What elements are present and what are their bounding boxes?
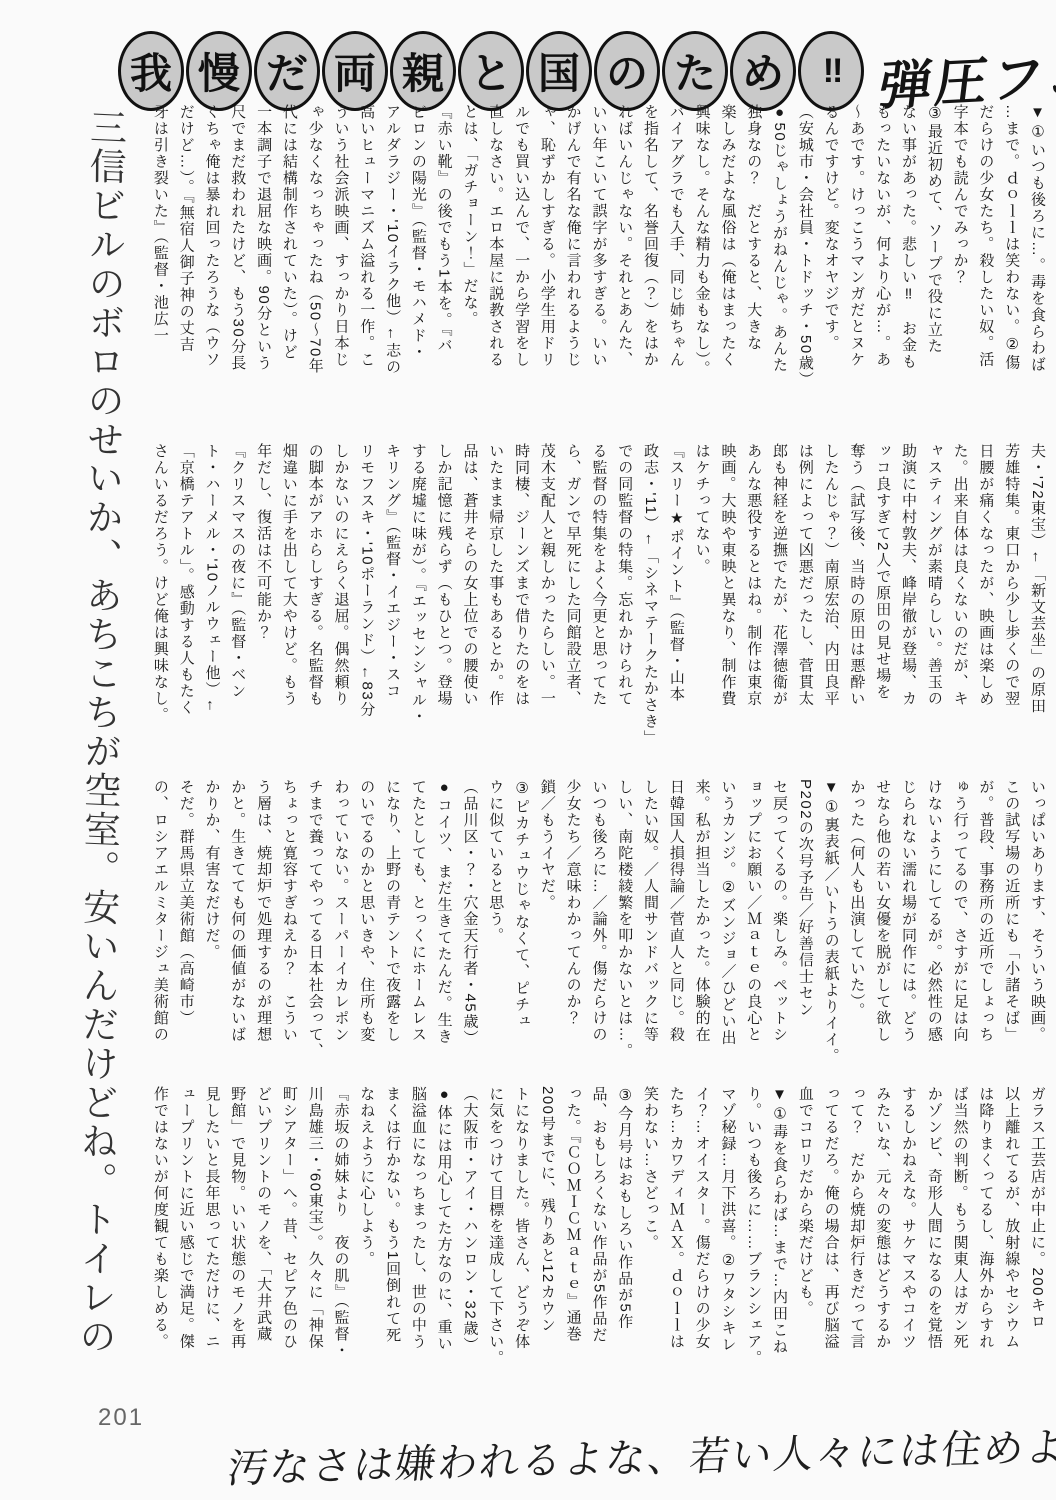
text-column: 見したいと長年思ってただけに、ニ: [199, 1086, 225, 1434]
headline-badge: た: [662, 31, 728, 111]
headline-badge: と: [458, 31, 524, 111]
text-band-2: 夫・'72東宝）←「新文芸坐」の原田芳雄特集。東口から少し歩くので翌日腰が痛くな…: [147, 443, 1050, 779]
text-column: 『赤い靴』の後でもう1本を。『バ: [431, 104, 457, 438]
text-column: かと。生きてても何の価値がないば: [225, 779, 251, 1084]
text-column: 時同棲、ジーンズまで借りたのをは: [508, 443, 534, 779]
headline-badge: ‼: [798, 31, 864, 111]
text-column: もったいないが、何より心が…。あ: [869, 104, 895, 438]
text-column: る監督の特集をよく今更と思ってた: [586, 443, 612, 779]
text-column: アルダラジー・'10イラク他）←志の: [379, 104, 405, 438]
text-column: とは、「ガチョーン！」だな。: [457, 104, 483, 438]
text-column: ③ピカチュウじゃなくて、ピチュ: [508, 779, 534, 1084]
headline-badge: 両: [322, 31, 388, 111]
text-column: 少女たち／意味わかってんのか？: [560, 779, 586, 1084]
text-column: イ？…オイスター。傷だらけの少女: [689, 1086, 715, 1434]
text-column: するしかねえな。サケマスやコイツ: [895, 1086, 921, 1434]
text-column: まくは行かない。もう1回倒れて死: [379, 1086, 405, 1434]
text-column: ウに似ていると思う。: [482, 779, 508, 1084]
text-column: 政志・'11）←「シネマテークたかさき」: [637, 443, 663, 779]
text-column: いうカンジ。②ズンジョ／ひどい出: [715, 779, 741, 1084]
page-headline: 我慢だ両親と国のため‼ 弾圧フンサイ!!!: [118, 32, 1048, 110]
text-column: キリング』（監督・イエジー・スコ: [379, 443, 405, 779]
text-column: 直しなさい。エロ本屋に説教される: [482, 104, 508, 438]
text-column: しい、南陀楼綾繁を叩かないとは…。: [611, 779, 637, 1084]
headline-badge: 親: [390, 31, 456, 111]
text-column: てたとしても、とっくにホームレス: [405, 779, 431, 1084]
headline-badge: 国: [526, 31, 592, 111]
text-column: の、ロシアエルミタージュ美術館の: [147, 779, 173, 1084]
text-column: 日腰が痛くなったが、映画は楽しめ: [973, 443, 999, 779]
text-column: 野館」で見物。いい状態のモノを再: [225, 1086, 251, 1434]
text-column: 町シアター」へ。昔、セピア色のひ: [276, 1086, 302, 1434]
text-column: ュープリントに近い感じで満足。傑: [173, 1086, 199, 1434]
text-column: 『スリー★ポイント』（監督・山本: [663, 443, 689, 779]
text-column: ▼①いつも後ろに…。毒を食らわば: [1024, 104, 1050, 438]
text-column: する廃墟に味が）。『エッセンシャル・: [405, 443, 431, 779]
text-column: 品は、蒼井そらの女上位での腰使い: [457, 443, 483, 779]
text-column: のいでるのかと思いきや、住所も変: [353, 779, 379, 1084]
text-column: ●コイツ、まだ生きてたんだ。生き: [431, 779, 457, 1084]
text-column: 作ではないが何度観ても楽しめる。: [147, 1086, 173, 1434]
text-column: どいプリントのモノを、「大井武蔵: [250, 1086, 276, 1434]
text-column: …まで。ｄｏｌｌは笑わない。②傷: [998, 104, 1024, 438]
text-column: ゃ少なくなっちゃったね（50〜70年: [302, 104, 328, 438]
text-column: ガラス工芸店が中止に。200キロ: [1024, 1086, 1050, 1434]
text-column: （安城市・会社員・トドッチ・50歳）: [792, 104, 818, 438]
text-column: 200号までに、残りあと12カウン: [534, 1086, 560, 1434]
text-column: 郎も神経を逆撫でたが、花澤徳衛が: [766, 443, 792, 779]
text-band-4: ガラス工芸店が中止に。200キロ以上離れてるが、放射線やセシウムは降りまくってる…: [147, 1086, 1050, 1434]
text-column: 奪う（試写後、当時の原田は悪酔い: [844, 443, 870, 779]
text-column: になり、上野の青テントで夜露をし: [379, 779, 405, 1084]
text-column: マゾ秘録…月下洪喜。②ワタシキレ: [715, 1086, 741, 1434]
text-column: り。いつも後ろに……ブランシェア。: [740, 1086, 766, 1434]
text-column: 脳溢血になっちまったし、世の中う: [405, 1086, 431, 1434]
headline-badge: 我: [118, 31, 184, 111]
text-column: 尺でまだ救われたけど、もう30分長: [225, 104, 251, 438]
text-column: での同監督の特集。忘れかけられて: [611, 443, 637, 779]
text-column: ゃ、恥ずかしすぎる。小学生用ドリ: [534, 104, 560, 438]
text-column: 年だし、復活は不可能か？: [250, 443, 276, 779]
text-column: さんいるだろう。けど俺は興味なし。: [147, 443, 173, 779]
left-margin-handwritten-note: 三信ビルのボロのせいか、あちこちが空室。安いんだけどね。トイレの: [66, 107, 131, 1409]
text-column: 茂木支配人と親しかったらしい。一: [534, 443, 560, 779]
text-column: みたいな、元々の変態はどうするか: [869, 1086, 895, 1434]
text-column: は例によって凶悪だったし、菅貫太: [792, 443, 818, 779]
text-column: ってるだろ。俺の場合は、再び脳溢: [818, 1086, 844, 1434]
text-column: だらけの少女たち。殺したい奴。活: [973, 104, 999, 438]
text-column: 血でコロリだから楽だけども。: [792, 1086, 818, 1434]
text-column: チまで養ってやってる日本社会って、: [302, 779, 328, 1084]
text-column: ③今月号はおもしろい作品が5作: [611, 1086, 637, 1434]
text-column: 一本調子で退屈な映画。90分という: [250, 104, 276, 438]
text-column: 笑わない…さどっこ。: [637, 1086, 663, 1434]
text-column: 映画。大映や東映と異なり、制作費: [715, 443, 741, 779]
text-column: ョップにお願い／Ｍａｔｅの良心と: [740, 779, 766, 1084]
text-column: るんですけど。変なオヤジです。: [818, 104, 844, 438]
text-column: 以上離れてるが、放射線やセシウム: [998, 1086, 1024, 1434]
text-column: ればいんじゃない。それとあんた、: [611, 104, 637, 438]
text-column: 夫・'72東宝）←「新文芸坐」の原田: [1024, 443, 1050, 779]
text-column: ▼①裏表紙／いトうの表紙よりイイ。: [818, 779, 844, 1084]
text-column: だけど…）。『無宿人御子神の丈吉: [173, 104, 199, 438]
text-column: そだ。群馬県立美術館（高崎市）: [173, 779, 199, 1084]
text-column: けないようにしてるが。必然性の感: [921, 779, 947, 1084]
text-column: リモフスキ・'10ポーランド）←83分: [353, 443, 379, 779]
text-column: の脚本がアホらしすぎる。名監督も: [302, 443, 328, 779]
text-column: いたまま帰京した事もあるとか。作: [482, 443, 508, 779]
text-column: したんじゃ？）南原宏治、内田良平: [818, 443, 844, 779]
text-column: 芳雄特集。東口から少し歩くので翌: [998, 443, 1024, 779]
text-column: 鎖／もうイヤだ。: [534, 779, 560, 1084]
text-column: 来。私が担当したかった。体験的在: [689, 779, 715, 1084]
text-column: くちゃ俺は暴れ回ったろうな（ウソ: [199, 104, 225, 438]
headline-badge: め: [730, 31, 796, 111]
text-column: ば当然の判断。もう関東人はガン死: [947, 1086, 973, 1434]
headline-badge: 慢: [186, 31, 252, 111]
text-column: この試写場の近所にも「小諸そば」: [998, 779, 1024, 1084]
text-column: いっぱいあります、そういう映画。: [1024, 779, 1050, 1084]
headline-badge: の: [594, 31, 660, 111]
text-column: 興味なし。そんな精力も金もなし）。: [689, 104, 715, 438]
text-column: に気をつけて目標を達成して下さい。: [482, 1086, 508, 1434]
text-column: た。出来自体は良くないのだが、キ: [947, 443, 973, 779]
text-column: いつも後ろに…／論外。傷だらけの: [586, 779, 612, 1084]
text-column: じられない濡れ場が同作には。どう: [895, 779, 921, 1084]
text-column: が。普段、事務所の近所でしょっち: [973, 779, 999, 1084]
text-column: 高いヒューマニズム溢れる一作。こ: [353, 104, 379, 438]
page-number: 201: [98, 1404, 144, 1432]
text-column: 楽しみだよな風俗は（俺はまったく: [715, 104, 741, 438]
text-column: 字本でも読んでみっか？: [947, 104, 973, 438]
text-column: たち…カワディＭＡＸ。ｄｏｌｌは: [663, 1086, 689, 1434]
text-column: （大阪市・アイ・ハンロン・32歳）: [457, 1086, 483, 1434]
text-band-3: いっぱいあります、そういう映画。この試写場の近所にも「小諸そば」が。普段、事務所…: [147, 779, 1050, 1084]
text-band-1: ▼①いつも後ろに…。毒を食らわば…まで。ｄｏｌｌは笑わない。②傷だらけの少女たち…: [147, 104, 1050, 438]
text-column: って？ だから焼却炉行きだって言: [844, 1086, 870, 1434]
text-column: せなら他の若い女優を脱がして欲し: [869, 779, 895, 1084]
headline-badges: 我慢だ両親と国のため‼: [118, 31, 864, 111]
headline-badge: だ: [254, 31, 320, 111]
text-column: バイアグラでも入手、同じ姉ちゃん: [663, 104, 689, 438]
text-column: ③最近初めて、ソープで役に立た: [921, 104, 947, 438]
text-column: った。『ＣＯＭＩＣＭａｔｅ』通巻: [560, 1086, 586, 1434]
text-column: 川島雄三・'60東宝）。久々に「神保: [302, 1086, 328, 1434]
text-column: 牙は引き裂いた』（監督・池広一: [147, 104, 173, 438]
text-column: 代には結構制作されていた）。けど: [276, 104, 302, 438]
text-column: ●50じゃしょうがねんじゃ。あんた: [766, 104, 792, 438]
text-column: はケチってない。: [689, 443, 715, 779]
text-column: 『クリスマスの夜に』（監督・ベン: [225, 443, 251, 779]
text-column: 「京橋テアトル」。感動する人もたく: [173, 443, 199, 779]
text-column: ルでも買い込んで、一から学習をし: [508, 104, 534, 438]
text-column: なねえように心しよう。: [353, 1086, 379, 1434]
text-column: セ戻ってくるの。楽しみ。ペットシ: [766, 779, 792, 1084]
text-column: ら、ガンで早死にした同館設立者、: [560, 443, 586, 779]
text-column: ●体には用心してた方なのに、重い: [431, 1086, 457, 1434]
text-column: ッコ良すぎて2人で原田の見せ場を: [869, 443, 895, 779]
text-column: ビロンの陽光』（監督・モハメド・: [405, 104, 431, 438]
text-column: したい奴。／人間サンドバックに等: [637, 779, 663, 1084]
text-column: かげんで有名な俺に言われるようじ: [560, 104, 586, 438]
text-column: 独身なの？ だとすると、大きな: [740, 104, 766, 438]
text-column: （品川区・？・穴金天行者・45歳）: [457, 779, 483, 1084]
text-column: う層は、焼却炉で処理するのが理想: [250, 779, 276, 1084]
text-column: ▼①毒を食らわば…まで…内田こね: [766, 1086, 792, 1434]
text-column: は降りまくってるし、海外からすれ: [973, 1086, 999, 1434]
text-column: 日韓国人損得論／菅直人と同じ。殺: [663, 779, 689, 1084]
text-column: P202の次号予告／好善信士セン: [792, 779, 818, 1084]
text-column: かゾンビ、奇形人間になるのを覚悟: [921, 1086, 947, 1434]
text-column: トになりました。皆さん、どうぞ体: [508, 1086, 534, 1434]
text-column: あんな悪役するとはね。制作は東京: [740, 443, 766, 779]
text-column: ャスティングが素晴らしい。善玉の: [921, 443, 947, 779]
text-column: わっていない。スーパーイカレポン: [328, 779, 354, 1084]
text-column: かりか、有害なだけだ。: [199, 779, 225, 1084]
text-column: しか記憶に残らず（もひとつ。登場: [431, 443, 457, 779]
text-column: しかないのにえらく退屈。偶然頼り: [328, 443, 354, 779]
text-column: 『赤坂の姉妹より 夜の肌』（監督・: [328, 1086, 354, 1434]
text-column: 品、おもしろくない作品が5作品だ: [586, 1086, 612, 1434]
text-column: ちょっと寛容すぎねえか？ こうい: [276, 779, 302, 1084]
text-column: ういう社会派映画、すっかり日本じ: [328, 104, 354, 438]
text-column: いい年こいて誤字が多すぎる。いい: [586, 104, 612, 438]
text-column: 畑違いに手を出して大やけど。もう: [276, 443, 302, 779]
text-column: 助演に中村敦夫、峰岸徹が登場、カ: [895, 443, 921, 779]
text-column: かった（何人も出演していた）。: [844, 779, 870, 1084]
text-column: ない事があった。悲しい‼ お金も: [895, 104, 921, 438]
text-column: 〜あです。けっこうマンガだとヌケ: [844, 104, 870, 438]
text-column: ト・ハーメル・'10ノルウェー他）←: [199, 443, 225, 779]
text-column: を指名して、名誉回復（？）をはか: [637, 104, 663, 438]
text-column: ゅう行ってるので、さすがに足は向: [947, 779, 973, 1084]
